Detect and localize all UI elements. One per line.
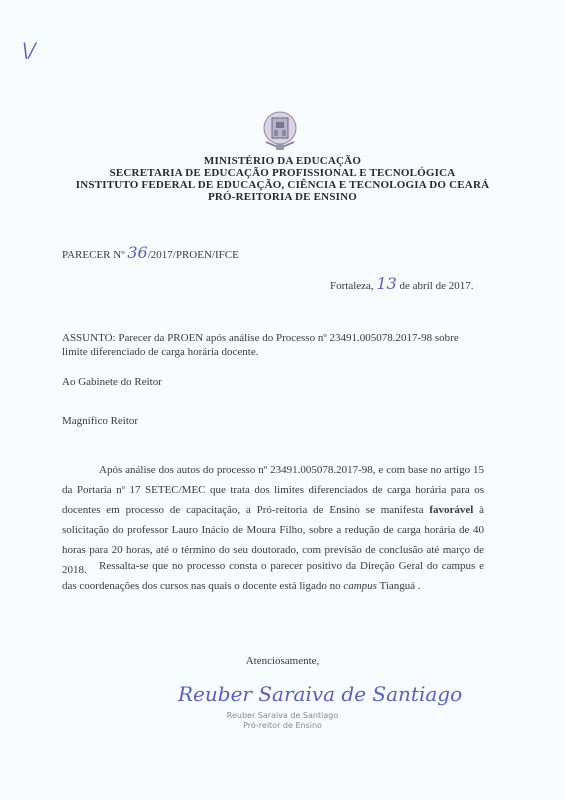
subject-line: ASSUNTO: Parecer da PROEN após análise d… — [62, 331, 484, 359]
letterhead-line: SECRETARIA DE EDUCAÇÃO PROFISSIONAL E TE… — [0, 167, 565, 179]
salutation: Magnífico Reitor — [62, 414, 484, 428]
coat-of-arms-icon — [260, 108, 300, 152]
addressee: Ao Gabinete do Reitor — [62, 375, 484, 389]
handwritten-corner-mark: \/ — [22, 38, 35, 62]
letterhead-line: PRÓ-REITORIA DE ENSINO — [0, 191, 565, 203]
document-date: Fortaleza, 13 de abril de 2017. — [330, 274, 473, 293]
handwritten-day: 13 — [376, 274, 396, 293]
signer-role: Pró-reitor de Ensino — [0, 721, 565, 731]
handwritten-signature: Reuber Saraiva de Santiago — [178, 682, 462, 706]
signature-block: Reuber Saraiva de Santiago Pró-reitor de… — [0, 711, 565, 731]
parecer-number: PARECER Nº 36/2017/PROEN/IFCE — [62, 243, 239, 262]
letterhead-line: MINISTÉRIO DA EDUCAÇÃO — [0, 155, 565, 167]
body-paragraph-2: Ressalta-se que no processo consta o par… — [62, 556, 484, 596]
closing: Atenciosamente, — [0, 655, 565, 667]
signer-name: Reuber Saraiva de Santiago — [0, 711, 565, 721]
letterhead-line: INSTITUTO FEDERAL DE EDUCAÇÃO, CIÊNCIA E… — [0, 179, 565, 191]
handwritten-number: 36 — [127, 243, 147, 262]
letterhead: MINISTÉRIO DA EDUCAÇÃO SECRETARIA DE EDU… — [0, 155, 565, 203]
